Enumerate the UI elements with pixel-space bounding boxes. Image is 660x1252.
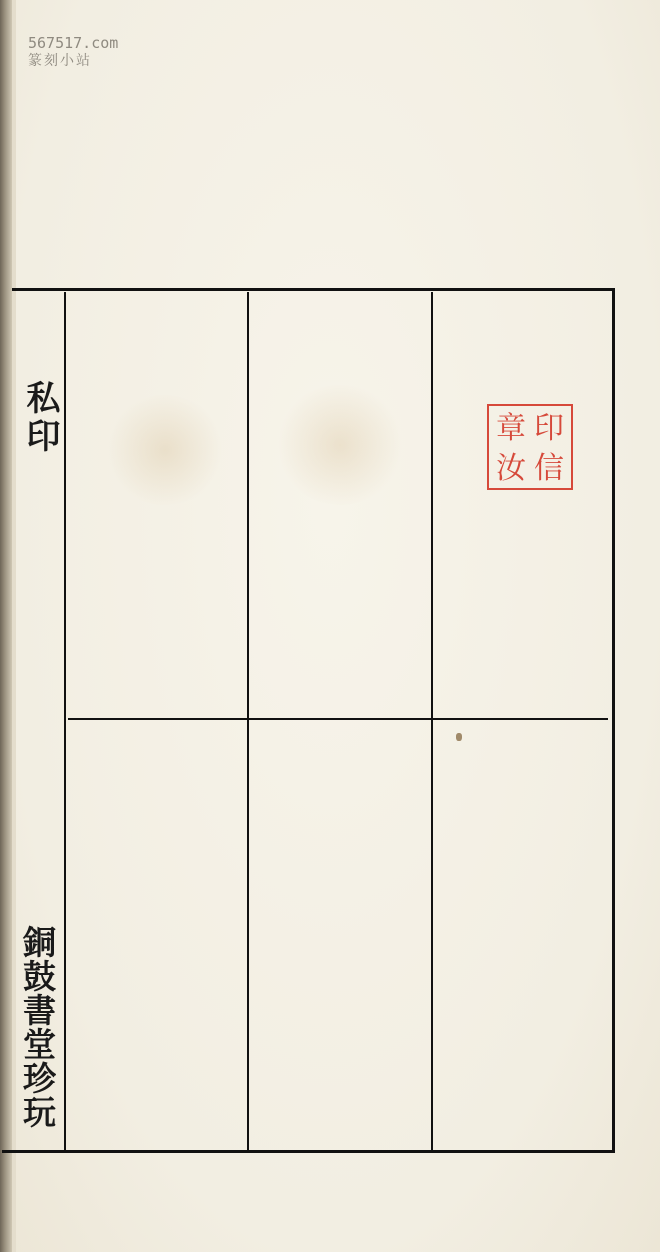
paper-stain	[105, 395, 225, 505]
watermark-name: 篆刻小站	[28, 52, 118, 70]
row-divider	[68, 718, 608, 720]
frame-right-border	[612, 288, 615, 1153]
frame-top-border	[12, 288, 615, 291]
paper-stain	[275, 385, 405, 505]
seal-char: 信	[531, 450, 567, 488]
margin-label-private-seal: 私印	[16, 380, 65, 456]
album-page: 567517.com 篆刻小站 私印 銅鼓書堂珍玩 章 印 汝 信	[0, 0, 660, 1252]
column-divider-2	[431, 292, 433, 1150]
frame-bottom-border	[2, 1150, 615, 1153]
seal-char: 印	[531, 410, 567, 448]
book-spine	[0, 0, 12, 1252]
watermark: 567517.com 篆刻小站	[28, 34, 118, 70]
watermark-site: 567517.com	[28, 34, 118, 52]
column-divider-1	[247, 292, 249, 1150]
paper-speck	[456, 733, 462, 741]
seal-impression: 章 印 汝 信	[487, 404, 573, 490]
seal-char: 汝	[493, 450, 529, 488]
seal-char: 章	[493, 410, 529, 448]
margin-label-collection: 銅鼓書堂珍玩	[14, 925, 61, 1129]
